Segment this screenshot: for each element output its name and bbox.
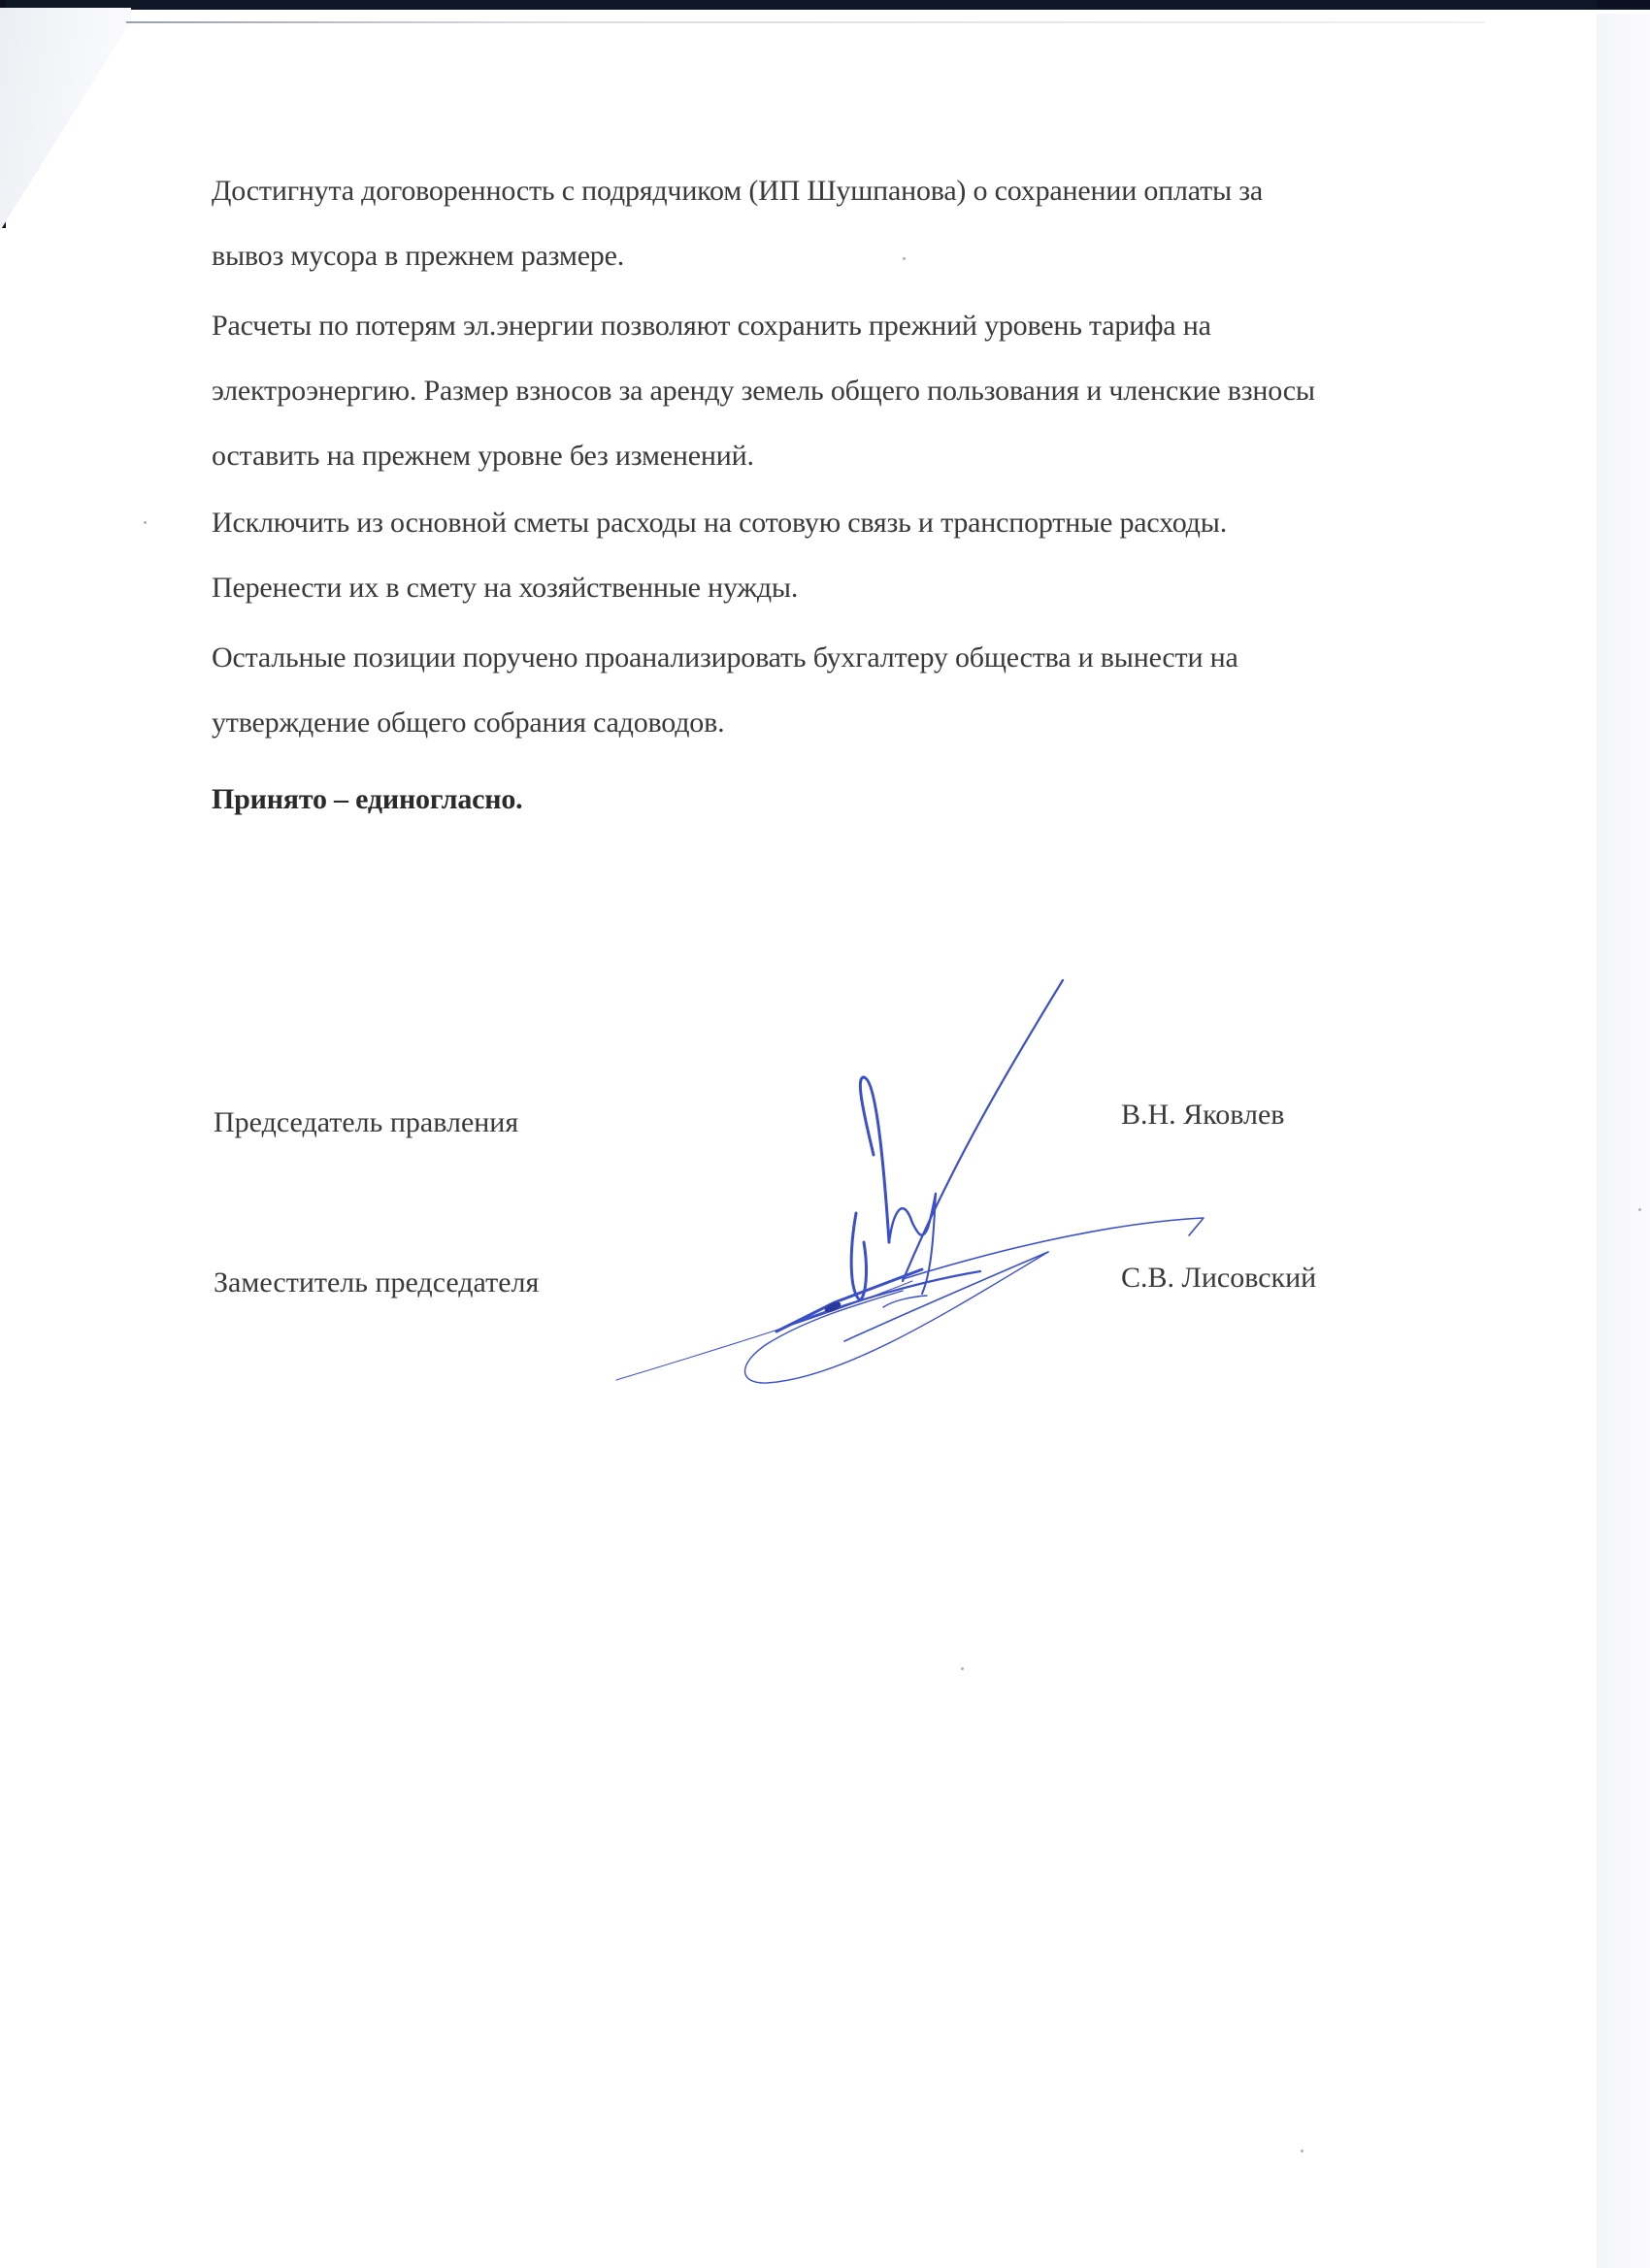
paragraph-exclude-expenses: Исключить из основной сметы расходы на с… bbox=[212, 490, 1473, 620]
signatory-role-deputy: Заместитель председателя bbox=[214, 1266, 539, 1299]
text-line: Достигнута договоренность с подрядчиком … bbox=[212, 158, 1473, 223]
page-right-margin-shadow bbox=[1597, 14, 1650, 2268]
page-fold-edge bbox=[126, 21, 1485, 23]
text-line: электроэнергию. Размер взносов за аренду… bbox=[212, 358, 1473, 423]
text-line: Перенести их в смету на хозяйственные ну… bbox=[212, 555, 1473, 620]
scan-border-top bbox=[0, 0, 1650, 10]
scan-border-corner bbox=[1597, 0, 1650, 8]
text-line: Расчеты по потерям эл.энергии позволяют … bbox=[212, 293, 1473, 358]
scan-speck bbox=[903, 257, 906, 260]
scan-speck bbox=[961, 1667, 964, 1670]
paragraph-garbage-contract: Достигнута договоренность с подрядчиком … bbox=[212, 158, 1473, 288]
text-line: вывоз мусора в прежнем размере. bbox=[212, 223, 1473, 288]
text-line: Исключить из основной сметы расходы на с… bbox=[212, 490, 1473, 555]
scan-speck bbox=[1301, 2150, 1303, 2153]
scan-speck bbox=[144, 521, 147, 524]
text-line: оставить на прежнем уровне без изменений… bbox=[212, 423, 1473, 488]
decision-statement: Принято – единогласно. bbox=[212, 767, 1473, 832]
scan-speck bbox=[1638, 1208, 1641, 1211]
handwritten-signature bbox=[602, 961, 1242, 1407]
page-fold-shadow bbox=[0, 8, 131, 231]
text-line: утверждение общего собрания садоводов. bbox=[212, 690, 1473, 755]
paragraph-electricity-tariff: Расчеты по потерям эл.энергии позволяют … bbox=[212, 293, 1473, 488]
paragraph-remaining-positions: Остальные позиции поручено проанализиров… bbox=[212, 625, 1473, 755]
signatory-role-chairman: Председатель правления bbox=[214, 1106, 518, 1139]
text-line: Остальные позиции поручено проанализиров… bbox=[212, 625, 1473, 690]
